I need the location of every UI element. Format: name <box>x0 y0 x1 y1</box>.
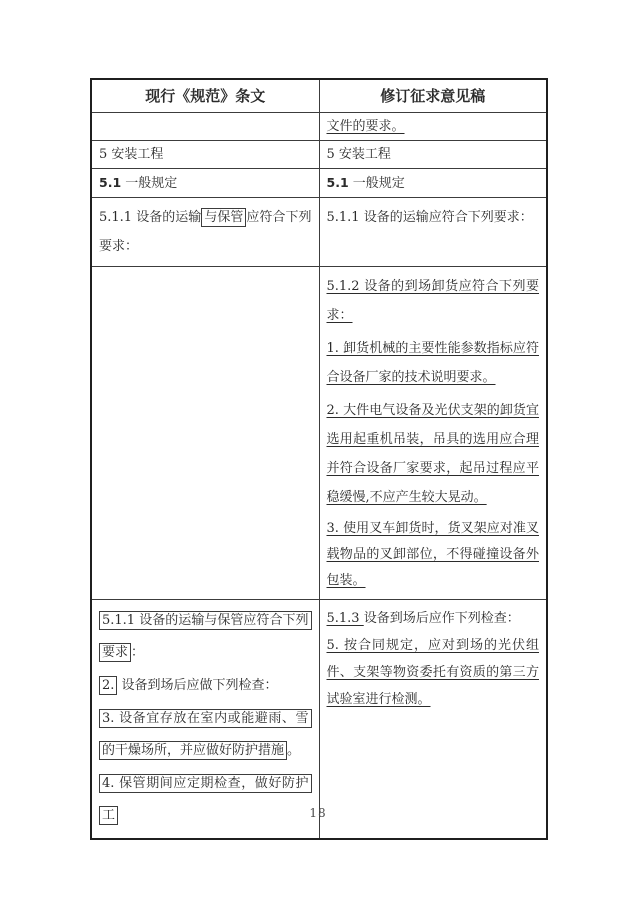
document-page: 现行《规范》条文 修订征求意见稿 文件的要求。 5 安装工程 5 安装工程 5.… <box>0 0 640 905</box>
text-segment-plain: 一般规定 <box>121 176 177 191</box>
page-number: 18 <box>90 806 546 820</box>
text-segment-plain: 5 安装工程 <box>327 147 391 162</box>
col-header-current-spec: 现行《规范》条文 <box>91 79 319 112</box>
cell-revised-section-5-1: 5.1 一般规定 <box>319 168 547 197</box>
text-segment-plain: 5 安装工程 <box>99 147 163 162</box>
paragraph: 1. 卸货机械的主要性能参数指标应符合设备厂家的技术说明要求。 <box>327 334 540 392</box>
cell-current-continuation <box>91 112 319 140</box>
text-segment-plain: 。 <box>287 743 300 758</box>
cell-revised-clause-5-1-2: 5.1.2 设备的到场卸货应符合下列要求：1. 卸货机械的主要性能参数指标应符合… <box>319 266 547 599</box>
paragraph: 5.1.3 设备到场后应作下列检查： <box>327 605 540 632</box>
paragraph: 5 安装工程 <box>99 146 312 163</box>
col-header-revised-draft: 修订征求意见稿 <box>319 79 547 112</box>
paragraph: 5.1.1 设备的运输与保管应符合下列要求： <box>99 605 312 669</box>
cell-current-storage-clauses: 5.1.1 设备的运输与保管应符合下列要求：2. 设备到场后应做下列检查：3. … <box>91 599 319 839</box>
text-segment-plain: 5.1.1 设备的运输应符合下列要求： <box>327 210 533 225</box>
table-row-section-5-1: 5.1 一般规定 5.1 一般规定 <box>91 168 547 197</box>
text-segment-boldnum: 5.1 <box>327 175 349 190</box>
table-row-chapter-5: 5 安装工程 5 安装工程 <box>91 140 547 168</box>
table-row-clause-5-1-1: 5.1.1 设备的运输与保管应符合下列要求： 5.1.1 设备的运输应符合下列要… <box>91 197 547 266</box>
cell-current-chapter-5: 5 安装工程 <box>91 140 319 168</box>
text-segment-box: 与保管 <box>201 208 246 227</box>
paragraph: 2. 设备到场后应做下列检查： <box>99 670 312 702</box>
paragraph: 5.1 一般规定 <box>99 174 312 192</box>
cell-current-clause-5-1-2-empty <box>91 266 319 599</box>
paragraph: 3. 使用叉车卸货时，货叉架应对准叉载物品的叉卸部位，不得碰撞设备外包装。 <box>327 516 540 594</box>
paragraph: 5.1.2 设备的到场卸货应符合下列要求： <box>327 272 540 330</box>
comparison-table: 现行《规范》条文 修订征求意见稿 文件的要求。 5 安装工程 5 安装工程 5.… <box>90 78 548 840</box>
paragraph: 5. 按合同规定，应对到场的光伏组件、支架等物资委托有资质的第三方试验室进行检测… <box>327 632 540 713</box>
text-segment-plain: 设备到场后应做下列检查： <box>117 678 277 693</box>
cell-revised-chapter-5: 5 安装工程 <box>319 140 547 168</box>
cell-revised-clause-5-1-1: 5.1.1 设备的运输应符合下列要求： <box>319 197 547 266</box>
text-segment-underline: 文件的要求。 <box>327 119 405 134</box>
paragraph: 5.1.1 设备的运输与保管应符合下列要求： <box>99 203 312 261</box>
paragraph: 2. 大件电气设备及光伏支架的卸货宜选用起重机吊装，吊具的选用应合理并符合设备厂… <box>327 396 540 512</box>
text-segment-underline: 2. 大件电气设备及光伏支架的卸货宜选用起重机吊装，吊具的选用应合理并符合设备厂… <box>327 403 540 505</box>
text-segment-underline: 1. 卸货机械的主要性能参数指标应符合设备厂家的技术说明要求。 <box>327 341 540 385</box>
table-row-clause-5-1-2: 5.1.2 设备的到场卸货应符合下列要求：1. 卸货机械的主要性能参数指标应符合… <box>91 266 547 599</box>
paragraph: 5.1 一般规定 <box>327 174 540 192</box>
text-segment-plain: 一般规定 <box>349 176 405 191</box>
text-segment-underline: 5.1.2 设备的到场卸货应符合下列要求： <box>327 279 540 323</box>
text-segment-box: 3. 设备宜存放在室内或能避雨、雪的干燥场所，并应做好防护措施 <box>99 709 312 760</box>
text-segment-plain: ： <box>131 645 144 660</box>
cell-current-clause-5-1-1: 5.1.1 设备的运输与保管应符合下列要求： <box>91 197 319 266</box>
table-row-clause-5-1-3: 5.1.1 设备的运输与保管应符合下列要求：2. 设备到场后应做下列检查：3. … <box>91 599 547 839</box>
paragraph: 文件的要求。 <box>327 118 540 135</box>
paragraph: 5 安装工程 <box>327 146 540 163</box>
text-segment-plain: 5.1.1 设备的运输 <box>99 210 201 225</box>
cell-revised-continuation: 文件的要求。 <box>319 112 547 140</box>
paragraph: 3. 设备宜存放在室内或能避雨、雪的干燥场所，并应做好防护措施。 <box>99 703 312 767</box>
cell-current-section-5-1: 5.1 一般规定 <box>91 168 319 197</box>
table-row-continuation: 文件的要求。 <box>91 112 547 140</box>
cell-revised-clause-5-1-3: 5.1.3 设备到场后应作下列检查：5. 按合同规定，应对到场的光伏组件、支架等… <box>319 599 547 839</box>
text-segment-plain: 设备到场后应作下列检查： <box>364 611 520 626</box>
paragraph: 5.1.1 设备的运输应符合下列要求： <box>327 203 540 232</box>
text-segment-box: 2. <box>99 676 117 695</box>
text-segment-boldnum: 5.1 <box>99 175 121 190</box>
text-segment-underline: 5.1.3 <box>327 611 364 626</box>
text-segment-underline: 5. 按合同规定，应对到场的光伏组件、支架等物资委托有资质的第三方试验室进行检测… <box>327 638 540 707</box>
paragraph: 4. 保管期间应定期检查，做好防护工 <box>99 768 312 832</box>
table-header-row: 现行《规范》条文 修订征求意见稿 <box>91 79 547 112</box>
text-segment-underline: 3. 使用叉车卸货时，货叉架应对准叉载物品的叉卸部位，不得碰撞设备外包装。 <box>327 521 540 588</box>
